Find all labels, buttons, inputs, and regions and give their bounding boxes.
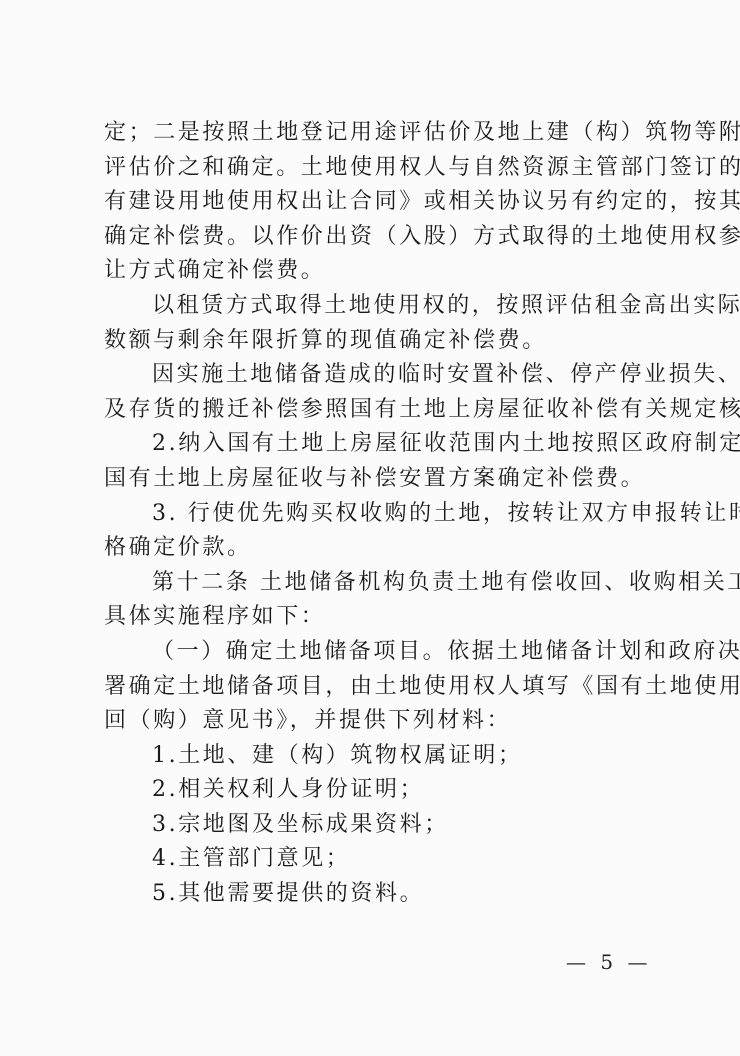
document-body: 定；二是按照土地登记用途评估价及地上建（构）筑物等附着物 评估价之和确定。土地使… (104, 116, 656, 912)
paragraph-line: 评估价之和确定。土地使用权人与自然资源主管部门签订的《国 (104, 151, 656, 186)
list-item: 1.土地、建（构）筑物权属证明； (104, 739, 656, 774)
paragraph-line: 因实施土地储备造成的临时安置补偿、停产停业损失、设备 (104, 358, 656, 393)
paragraph-line: 数额与剩余年限折算的现值确定补偿费。 (104, 324, 656, 359)
paragraph-line: （一）确定土地储备项目。依据土地储备计划和政府决策部 (104, 635, 656, 670)
paragraph-line: 确定补偿费。以作价出资（入股）方式取得的土地使用权参照出 (104, 220, 656, 255)
paragraph-line: 以租赁方式取得土地使用权的，按照评估租金高出实际租金 (104, 289, 656, 324)
paragraph-line: 具体实施程序如下： (104, 600, 656, 635)
list-item: 4.主管部门意见； (104, 842, 656, 877)
page-number: — 5 — (566, 950, 651, 974)
paragraph-line: 回（购）意见书》，并提供下列材料： (104, 704, 656, 739)
paragraph-line: 格确定价款。 (104, 531, 656, 566)
paragraph-line: 3. 行使优先购买权收购的土地，按转让双方申报转让时的价 (104, 497, 656, 532)
list-item: 3.宗地图及坐标成果资料； (104, 808, 656, 843)
article-heading-line: 第十二条 土地储备机构负责土地有偿收回、收购相关工作， (104, 566, 656, 601)
paragraph-line: 让方式确定补偿费。 (104, 254, 656, 289)
paragraph-line: 及存货的搬迁补偿参照国有土地上房屋征收补偿有关规定核算。 (104, 393, 656, 428)
paragraph-line: 国有土地上房屋征收与补偿安置方案确定补偿费。 (104, 462, 656, 497)
list-item: 5.其他需要提供的资料。 (104, 877, 656, 912)
list-item: 2.相关权利人身份证明； (104, 773, 656, 808)
paragraph-line: 定；二是按照土地登记用途评估价及地上建（构）筑物等附着物 (104, 116, 656, 151)
paragraph-line: 署确定土地储备项目，由土地使用权人填写《国有土地使用权收 (104, 670, 656, 705)
paragraph-line: 有建设用地使用权出让合同》或相关协议另有约定的，按其约定 (104, 185, 656, 220)
paragraph-line: 2.纳入国有土地上房屋征收范围内土地按照区政府制定的 (104, 427, 656, 462)
